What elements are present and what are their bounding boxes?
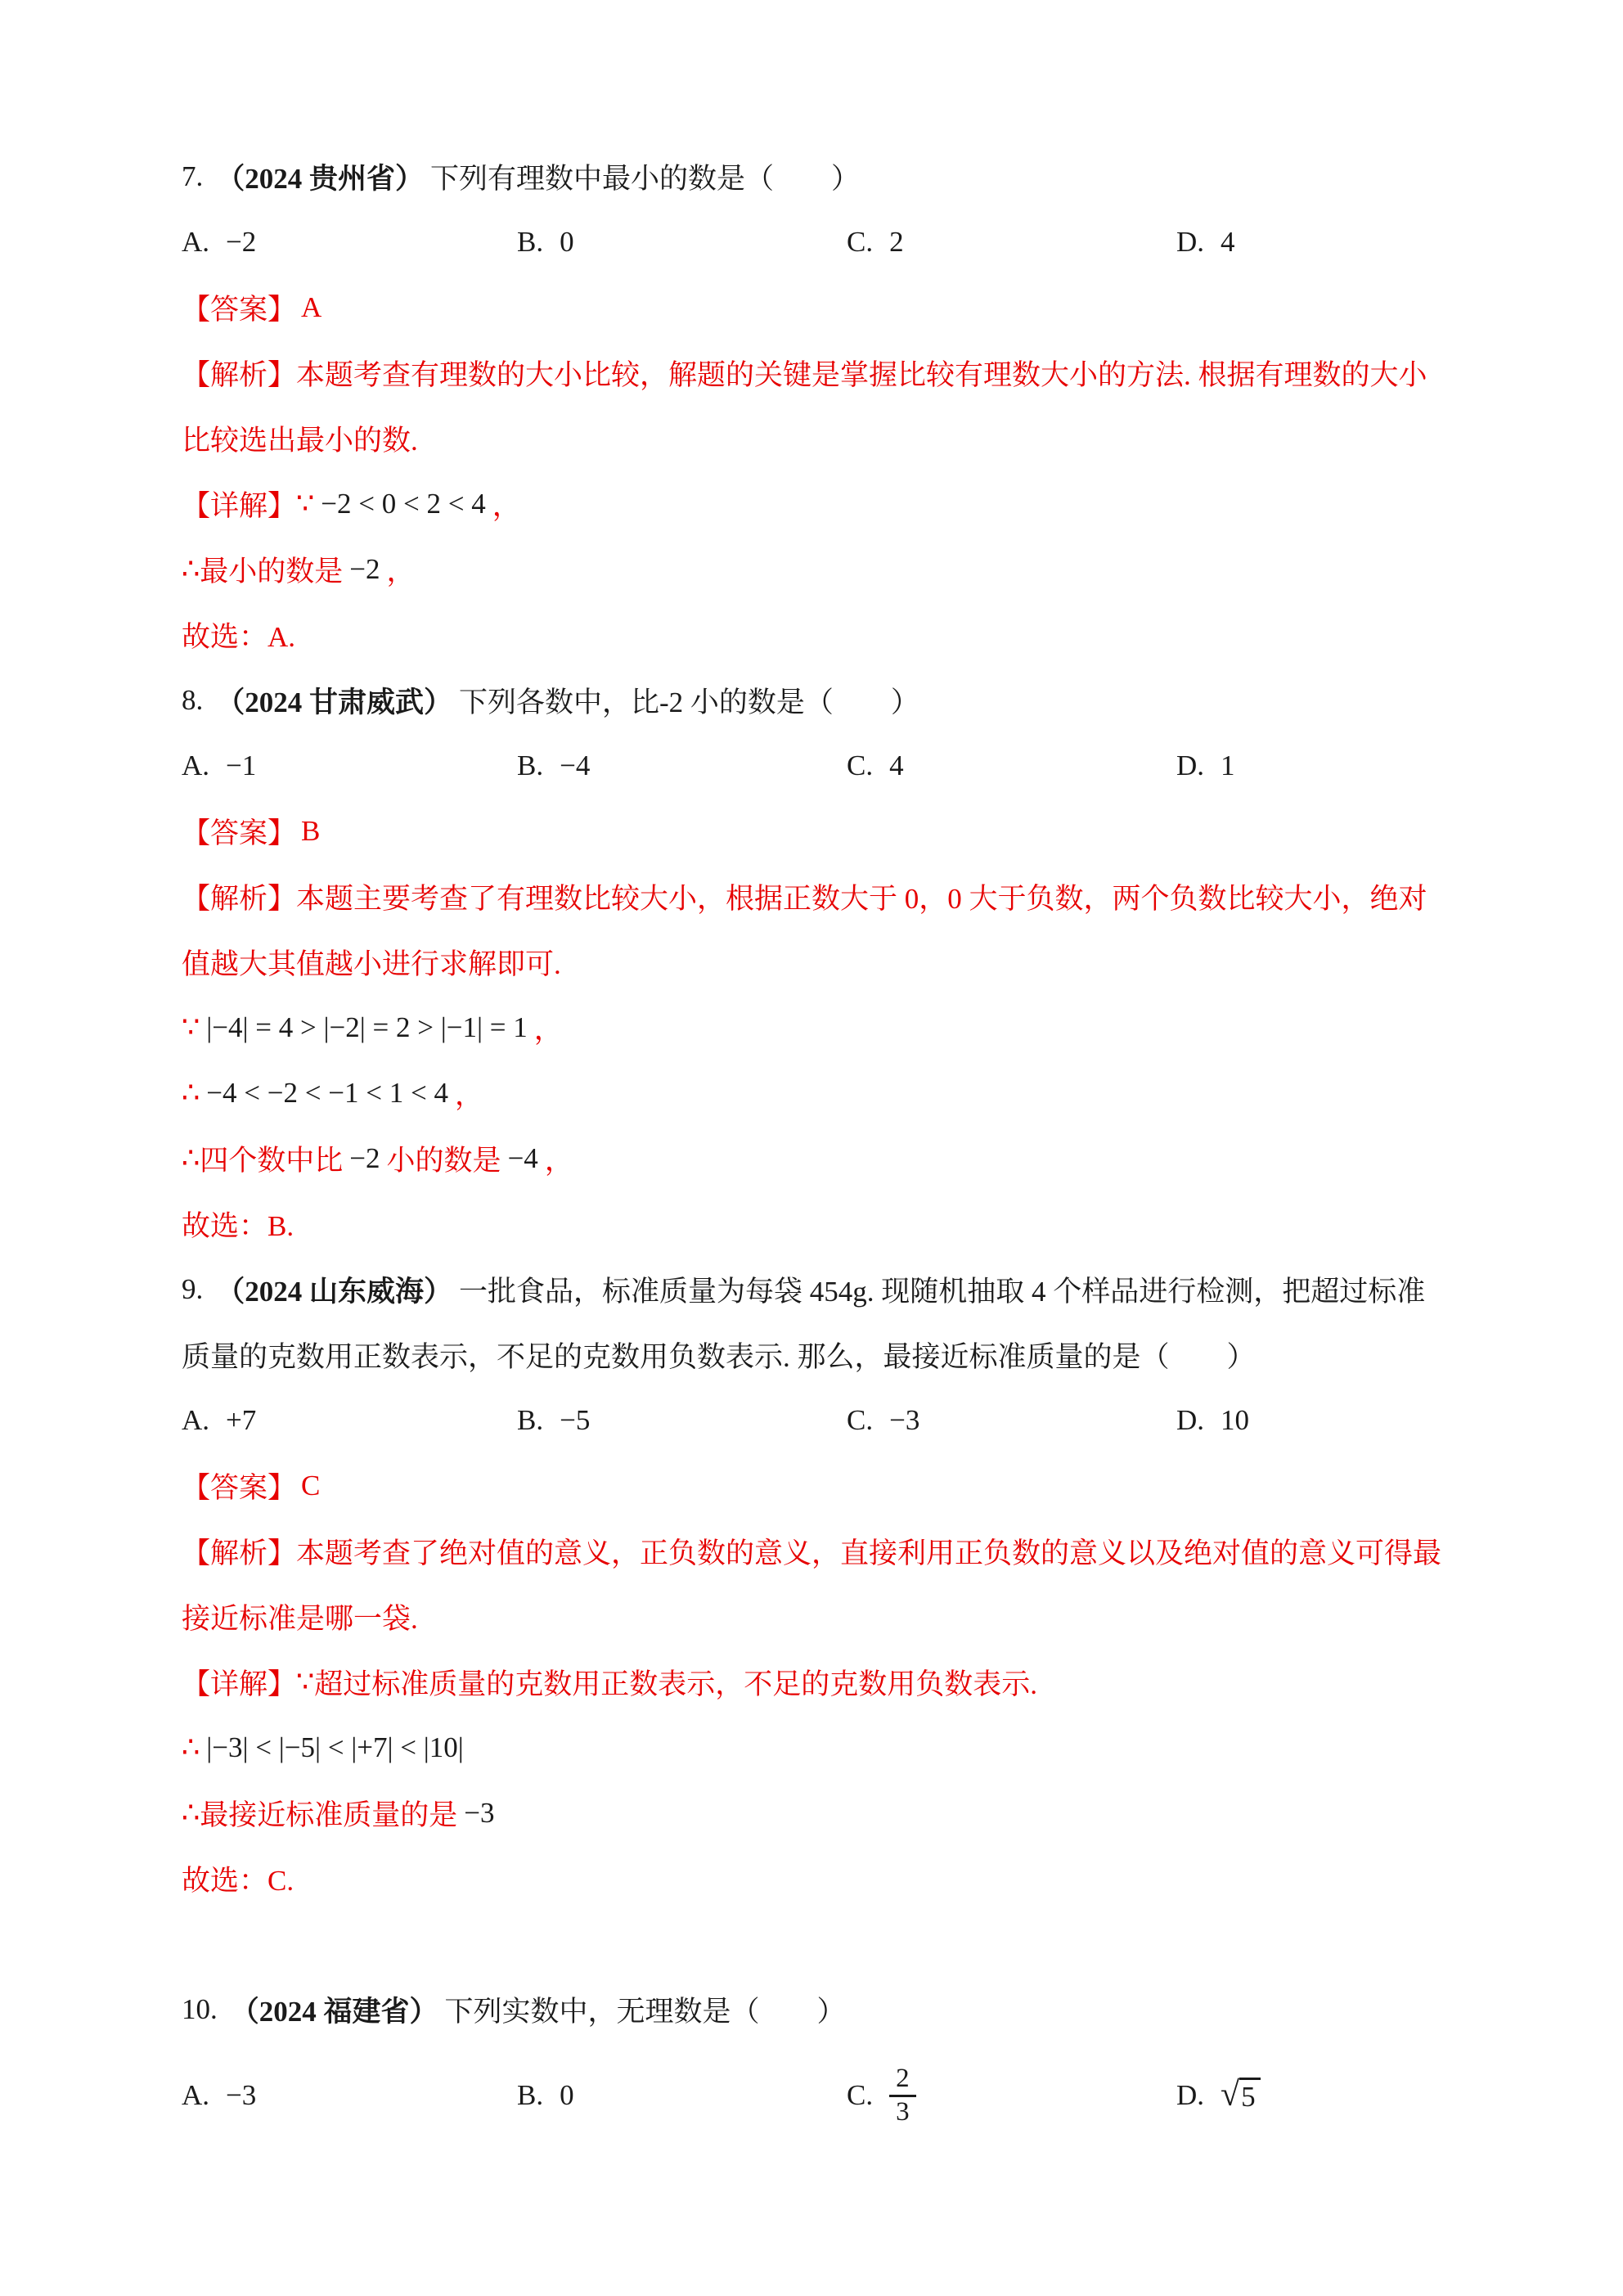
q8-analysis-text-1: 本题主要考查了有理数比较大小，根据正数大于 0，0 大于负数，两个负数比较大小，… [296, 876, 1427, 917]
q10-option-a: A. −3 [182, 2079, 517, 2112]
detail-tag: 【详解】 [182, 1662, 296, 1703]
q9-option-b: B. −5 [517, 1404, 847, 1437]
option-label: C. [847, 226, 873, 259]
option-label: D. [1176, 750, 1204, 782]
option-label: C. [847, 2079, 873, 2112]
q7-option-b: B. 0 [517, 226, 847, 259]
option-value: −3 [889, 1404, 919, 1437]
option-value: 10 [1221, 1404, 1249, 1437]
option-label: A. [182, 2079, 209, 2112]
content-area: 7. （2024 贵州省） 下列有理数中最小的数是（ ） A. −2 B. 0 … [182, 144, 1474, 2149]
q8-conclusion-text-2: 小的数是 [387, 1138, 501, 1179]
detail-tag: 【详解】 [182, 484, 296, 524]
option-value: −5 [560, 1404, 590, 1437]
q8-source: （2024 甘肃威武） [216, 680, 452, 721]
q10-options-row: A. −3 B. 0 C. 2 3 D. √ 5 [182, 2042, 1474, 2149]
therefore-symbol: ∴ [182, 1142, 200, 1175]
q8-because-math: |−4| = 4 > |−2| = 2 > |−1| = 1 [206, 1011, 527, 1044]
q9-so-line: ∴ |−3| < |−5| < |+7| < |10| [182, 1715, 1474, 1781]
q10-option-b: B. 0 [517, 2079, 847, 2112]
q9-stem-text-2: 质量的克数用正数表示，不足的克数用负数表示. 那么，最接近标准质量的是（ ） [182, 1335, 1256, 1375]
q7-conclusion-line: ∴ 最小的数是 −2 ， [182, 537, 1474, 602]
q8-so-line: ∴ −4 < −2 < −1 < 1 < 4 ， [182, 1060, 1474, 1126]
option-value: 4 [1221, 226, 1235, 259]
q10-option-c: C. 2 3 [847, 2064, 1176, 2128]
option-label: D. [1176, 2079, 1204, 2112]
because-symbol: ∵ [182, 1011, 200, 1044]
q7-number: 7. [182, 160, 203, 193]
therefore-symbol: ∴ [182, 1797, 200, 1830]
q8-option-b: B. −4 [517, 750, 847, 782]
q7-detail-math: −2 < 0 < 2 < 4 [321, 488, 485, 520]
sqrt-5-expression: √ 5 [1221, 2078, 1261, 2114]
q10-source: （2024 福建省） [231, 1989, 438, 2030]
q8-because-line: ∵ |−4| = 4 > |−2| = 2 > |−1| = 1 ， [182, 995, 1474, 1060]
option-label: A. [182, 1404, 209, 1437]
q7-stem-line: 7. （2024 贵州省） 下列有理数中最小的数是（ ） [182, 144, 1474, 209]
radical-sign: √ [1221, 2078, 1239, 2112]
q8-conclusion-math-1: −2 [349, 1142, 380, 1175]
q8-option-c: C. 4 [847, 750, 1176, 782]
q8-choose-line: 故选：B. [182, 1191, 1474, 1257]
q7-analysis-line-2: 比较选出最小的数. [182, 406, 1474, 471]
q9-source: （2024 山东威海） [216, 1269, 452, 1310]
therefore-symbol: ∴ [182, 1077, 200, 1110]
comma: ， [534, 1007, 563, 1048]
q9-conclusion-line: ∴ 最接近标准质量的是 −3 [182, 1781, 1474, 1846]
option-value: 0 [560, 2079, 574, 2112]
option-label: B. [517, 226, 543, 259]
option-value: −3 [226, 2079, 256, 2112]
q7-conclusion-math: −2 [349, 553, 380, 586]
q8-number: 8. [182, 684, 203, 717]
fraction-two-thirds: 2 3 [889, 2064, 916, 2128]
q8-choose-text: 故选：B. [182, 1204, 294, 1245]
q9-analysis-line-2: 接近标准是哪一袋. [182, 1584, 1474, 1650]
q9-choose-text: 故选：C. [182, 1858, 294, 1899]
q8-options-row: A. −1 B. −4 C. 4 D. 1 [182, 733, 1474, 799]
option-value: 4 [889, 750, 904, 782]
q9-stem-text-1: 一批食品，标准质量为每袋 454g. 现随机抽取 4 个样品进行检测，把超过标准 [459, 1269, 1425, 1310]
q9-analysis-text-1: 本题考查了绝对值的意义，正负数的意义，直接利用正负数的意义以及绝对值的意义可得最 [296, 1531, 1441, 1572]
q9-option-a: A. +7 [182, 1404, 517, 1437]
q9-so-math: |−3| < |−5| < |+7| < |10| [206, 1731, 464, 1764]
q9-detail-text: 超过标准质量的克数用正数表示，不足的克数用负数表示. [314, 1662, 1037, 1703]
option-label: A. [182, 750, 209, 782]
option-label: B. [517, 750, 543, 782]
option-value: 1 [1221, 750, 1235, 782]
q7-answer-letter: A [301, 291, 321, 324]
q8-answer-letter: B [301, 815, 320, 848]
q9-stem-line-1: 9. （2024 山东威海） 一批食品，标准质量为每袋 454g. 现随机抽取 … [182, 1257, 1474, 1322]
q8-stem-line: 8. （2024 甘肃威武） 下列各数中，比-2 小的数是（ ） [182, 668, 1474, 733]
comma: ， [545, 1138, 573, 1179]
q8-analysis-text-2: 值越大其值越小进行求解即可. [182, 942, 561, 983]
therefore-symbol: ∴ [182, 1731, 200, 1764]
q9-option-d: D. 10 [1176, 1404, 1474, 1437]
option-value: −1 [226, 750, 256, 782]
option-label: B. [517, 2079, 543, 2112]
q10-number: 10. [182, 1993, 218, 2026]
q8-stem-text: 下列各数中，比-2 小的数是（ ） [459, 680, 919, 721]
q7-source: （2024 贵州省） [216, 156, 424, 197]
option-label: B. [517, 1404, 543, 1437]
comma: ， [492, 484, 521, 524]
comma: ， [455, 1073, 483, 1114]
q7-option-d: D. 4 [1176, 226, 1474, 259]
q9-choose-line: 故选：C. [182, 1846, 1474, 1911]
option-value: −4 [560, 750, 590, 782]
q7-analysis-text-2: 比较选出最小的数. [182, 418, 418, 459]
therefore-symbol: ∴ [182, 553, 200, 586]
option-value: +7 [226, 1404, 256, 1437]
q8-so-math: −4 < −2 < −1 < 1 < 4 [206, 1077, 448, 1110]
q7-stem-text: 下列有理数中最小的数是（ ） [430, 156, 860, 197]
option-value: 2 [889, 226, 904, 259]
q7-answer-line: 【答案】 A [182, 275, 1474, 340]
q10-option-d: D. √ 5 [1176, 2078, 1474, 2114]
q7-detail-line: 【详解】 ∵ −2 < 0 < 2 < 4 ， [182, 471, 1474, 537]
radicand: 5 [1239, 2078, 1261, 2114]
option-label: C. [847, 750, 873, 782]
q7-option-c: C. 2 [847, 226, 1176, 259]
option-value: 0 [560, 226, 574, 259]
comma: ， [387, 549, 416, 590]
q7-analysis-line-1: 【解析】 本题考查有理数的大小比较，解题的关键是掌握比较有理数大小的方法. 根据… [182, 340, 1474, 406]
q9-stem-line-2: 质量的克数用正数表示，不足的克数用负数表示. 那么，最接近标准质量的是（ ） [182, 1322, 1474, 1388]
q9-number: 9. [182, 1273, 203, 1306]
q9-answer-line: 【答案】 C [182, 1453, 1474, 1519]
q9-detail-line: 【详解】 ∵ 超过标准质量的克数用正数表示，不足的克数用负数表示. [182, 1650, 1474, 1715]
option-label: D. [1176, 226, 1204, 259]
q8-conclusion-line: ∴ 四个数中比 −2 小的数是 −4 ， [182, 1126, 1474, 1191]
q10-stem-text: 下列实数中，无理数是（ ） [445, 1989, 846, 2030]
q7-analysis-text-1: 本题考查有理数的大小比较，解题的关键是掌握比较有理数大小的方法. 根据有理数的大… [296, 353, 1427, 394]
q7-option-a: A. −2 [182, 226, 517, 259]
answer-tag: 【答案】 [182, 811, 296, 852]
answer-tag: 【答案】 [182, 1465, 296, 1506]
q8-option-d: D. 1 [1176, 750, 1474, 782]
q9-analysis-text-2: 接近标准是哪一袋. [182, 1596, 418, 1637]
q9-options-row: A. +7 B. −5 C. −3 D. 10 [182, 1388, 1474, 1453]
q7-choose-text: 故选：A. [182, 615, 295, 655]
q8-option-a: A. −1 [182, 750, 517, 782]
q8-analysis-line-2: 值越大其值越小进行求解即可. [182, 930, 1474, 995]
analysis-tag: 【解析】 [182, 353, 296, 394]
q9-answer-letter: C [301, 1470, 320, 1502]
q9-option-c: C. −3 [847, 1404, 1176, 1437]
q9-analysis-line-1: 【解析】 本题考查了绝对值的意义，正负数的意义，直接利用正负数的意义以及绝对值的… [182, 1519, 1474, 1584]
q9-conclusion-math: −3 [464, 1797, 494, 1830]
exam-document-page: 7. （2024 贵州省） 下列有理数中最小的数是（ ） A. −2 B. 0 … [0, 0, 1623, 2296]
fraction-numerator: 2 [889, 2064, 916, 2095]
option-value: −2 [226, 226, 256, 259]
section-gap [182, 1911, 1474, 1977]
because-symbol: ∵ [296, 488, 314, 520]
analysis-tag: 【解析】 [182, 1531, 296, 1572]
option-label: D. [1176, 1404, 1204, 1437]
because-symbol: ∵ [296, 1666, 314, 1699]
option-label: C. [847, 1404, 873, 1437]
q8-conclusion-text-1: 四个数中比 [200, 1138, 343, 1179]
q8-conclusion-math-2: −4 [508, 1142, 538, 1175]
q7-choose-line: 故选：A. [182, 602, 1474, 668]
analysis-tag: 【解析】 [182, 876, 296, 917]
q7-options-row: A. −2 B. 0 C. 2 D. 4 [182, 209, 1474, 275]
q7-conclusion-text: 最小的数是 [200, 549, 343, 590]
q9-conclusion-text: 最接近标准质量的是 [200, 1793, 457, 1834]
q8-answer-line: 【答案】 B [182, 799, 1474, 864]
q10-stem-line: 10. （2024 福建省） 下列实数中，无理数是（ ） [182, 1977, 1474, 2042]
fraction-denominator: 3 [889, 2095, 916, 2128]
q8-analysis-line-1: 【解析】 本题主要考查了有理数比较大小，根据正数大于 0，0 大于负数，两个负数… [182, 864, 1474, 930]
option-label: A. [182, 226, 209, 259]
answer-tag: 【答案】 [182, 287, 296, 328]
